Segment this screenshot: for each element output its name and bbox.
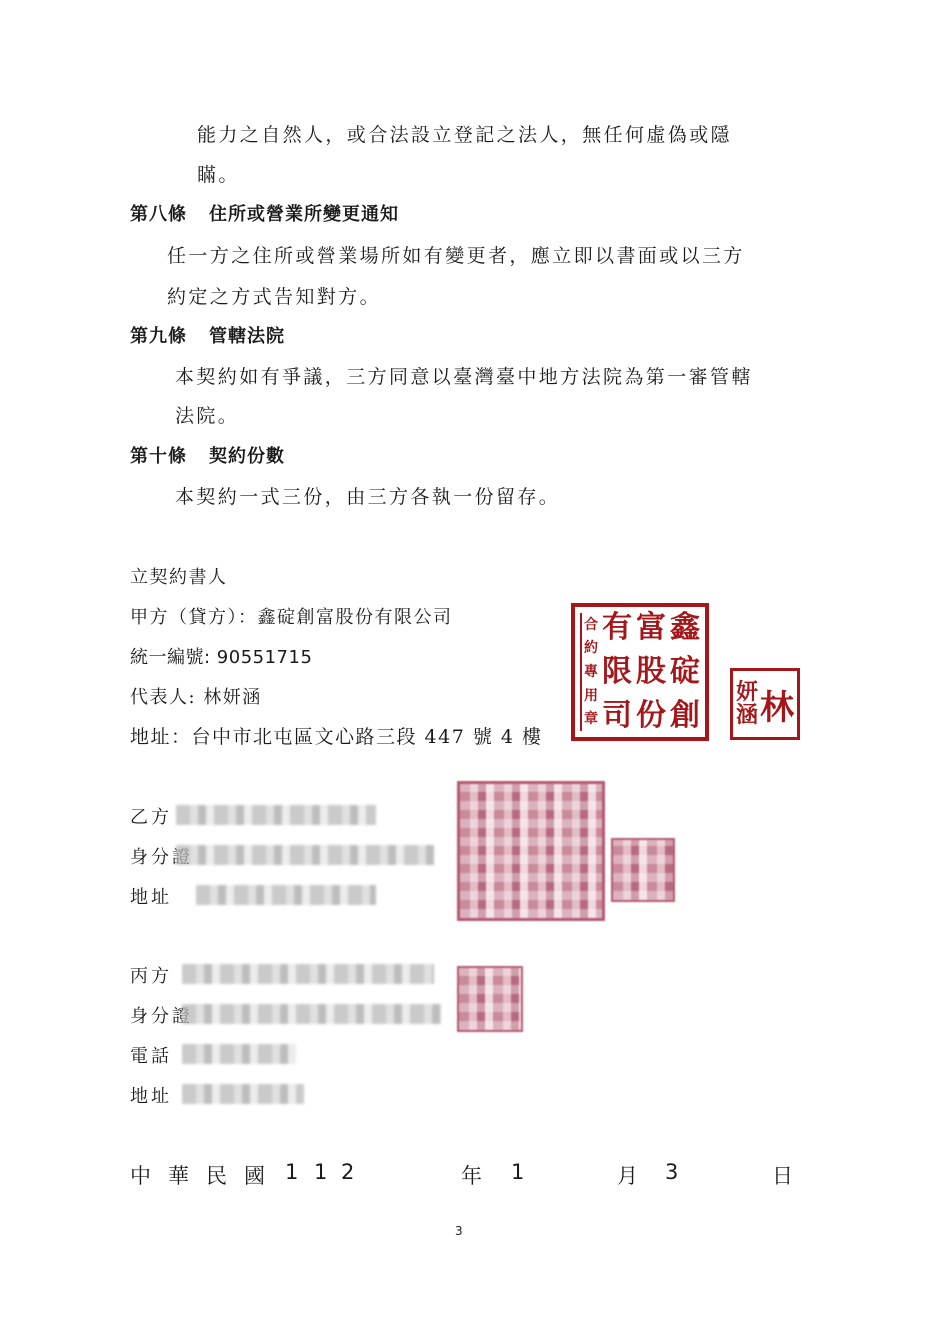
representative-name-seal: 林 妍 涵 bbox=[730, 668, 800, 740]
article-number: 第八條 bbox=[130, 204, 187, 225]
date-era-char: 國 bbox=[244, 1160, 265, 1190]
redacted-party-c-name bbox=[182, 964, 434, 984]
article-10-heading: 第十條契約份數 bbox=[130, 442, 285, 468]
article-9-line-1: 本契約如有爭議，三方同意以臺灣臺中地方法院為第一審管轄 bbox=[175, 362, 753, 389]
article-title: 管轄法院 bbox=[209, 326, 285, 347]
seal-char: 涵 bbox=[736, 704, 758, 727]
date-month: 1 bbox=[511, 1160, 524, 1184]
seal-column: 妍 涵 bbox=[736, 681, 758, 727]
date-era-char: 中 bbox=[130, 1160, 151, 1190]
redacted-party-c-id bbox=[182, 1004, 442, 1024]
seal-side-text: 合 約 專 用 章 bbox=[580, 613, 598, 731]
party-a-representative: 代表人: 林妍涵 bbox=[130, 683, 262, 709]
redacted-party-b-name-seal bbox=[611, 838, 675, 902]
party-b-label: 乙方 bbox=[130, 803, 172, 829]
seal-char: 有 bbox=[602, 613, 632, 643]
redacted-party-b-address bbox=[196, 885, 376, 905]
article-9-line-2: 法院。 bbox=[175, 401, 239, 428]
party-c-phone-label: 電話 bbox=[130, 1042, 172, 1068]
seal-column: 富 股 份 bbox=[636, 613, 666, 731]
seal-char: 創 bbox=[670, 701, 700, 731]
party-a-role: 甲方（貸方）：鑫碇創富股份有限公司 bbox=[130, 603, 453, 629]
date-day: 3 bbox=[665, 1160, 678, 1184]
seal-side-char: 章 bbox=[584, 712, 598, 726]
party-c-address-label: 地址 bbox=[130, 1082, 172, 1108]
seal-char: 份 bbox=[636, 701, 666, 731]
date-year-unit: 年 bbox=[461, 1160, 482, 1190]
article-number: 第九條 bbox=[130, 326, 187, 347]
redacted-party-c-phone bbox=[182, 1044, 296, 1064]
seal-char: 林 bbox=[760, 680, 794, 729]
page-number: 3 bbox=[455, 1224, 463, 1238]
seal-char: 碇 bbox=[670, 657, 700, 687]
party-a-address: 地址：台中市北屯區文心路三段 447 號 4 樓 bbox=[130, 722, 543, 749]
article-8-line-2: 約定之方式告知對方。 bbox=[167, 282, 381, 309]
article-title: 住所或營業所變更通知 bbox=[209, 204, 399, 225]
continued-text-line-2: 瞞。 bbox=[197, 160, 240, 187]
article-8-line-1: 任一方之住所或營業場所如有變更者，應立即以書面或以三方 bbox=[167, 241, 745, 268]
party-a-tax-id: 統一編號: 90551715 bbox=[130, 643, 312, 669]
date-year-digit: 1 bbox=[285, 1160, 298, 1184]
redacted-party-b-name bbox=[176, 805, 376, 825]
date-year-digit: 1 bbox=[314, 1160, 327, 1184]
redacted-party-b-id bbox=[176, 845, 434, 865]
party-c-label: 丙方 bbox=[130, 962, 172, 988]
seal-char: 限 bbox=[602, 657, 632, 687]
party-b-address-label: 地址 bbox=[130, 883, 172, 909]
seal-side-char: 約 bbox=[584, 641, 598, 655]
seal-side-char: 合 bbox=[584, 618, 598, 632]
seal-char: 富 bbox=[636, 613, 666, 643]
seal-side-char: 用 bbox=[584, 689, 598, 703]
article-10-line-1: 本契約一式三份，由三方各執一份留存。 bbox=[175, 482, 560, 509]
seal-side-char: 專 bbox=[584, 665, 598, 679]
signatories-heading: 立契約書人 bbox=[130, 563, 228, 589]
seal-char: 司 bbox=[602, 701, 632, 731]
seal-column: 有 限 司 bbox=[602, 613, 632, 731]
article-number: 第十條 bbox=[130, 446, 187, 467]
continued-text-line-1: 能力之自然人，或合法設立登記之法人，無任何虛偽或隱 bbox=[197, 120, 732, 147]
redacted-party-c-address bbox=[182, 1084, 304, 1104]
company-seal: 鑫 碇 創 富 股 份 有 限 司 合 約 專 用 章 bbox=[571, 603, 709, 741]
redacted-party-b-seal bbox=[457, 781, 605, 921]
date-era-char: 民 bbox=[206, 1160, 227, 1190]
date-era-char: 華 bbox=[168, 1160, 189, 1190]
date-year-digit: 2 bbox=[341, 1160, 354, 1184]
date-day-unit: 日 bbox=[772, 1160, 793, 1190]
seal-char: 妍 bbox=[736, 681, 758, 704]
article-9-heading: 第九條管轄法院 bbox=[130, 322, 285, 348]
seal-char: 股 bbox=[636, 657, 666, 687]
article-title: 契約份數 bbox=[209, 446, 285, 467]
seal-char: 鑫 bbox=[670, 613, 700, 643]
date-month-unit: 月 bbox=[617, 1160, 638, 1190]
article-8-heading: 第八條住所或營業所變更通知 bbox=[130, 200, 399, 226]
seal-column: 鑫 碇 創 bbox=[670, 613, 700, 731]
redacted-party-c-seal bbox=[457, 966, 523, 1032]
